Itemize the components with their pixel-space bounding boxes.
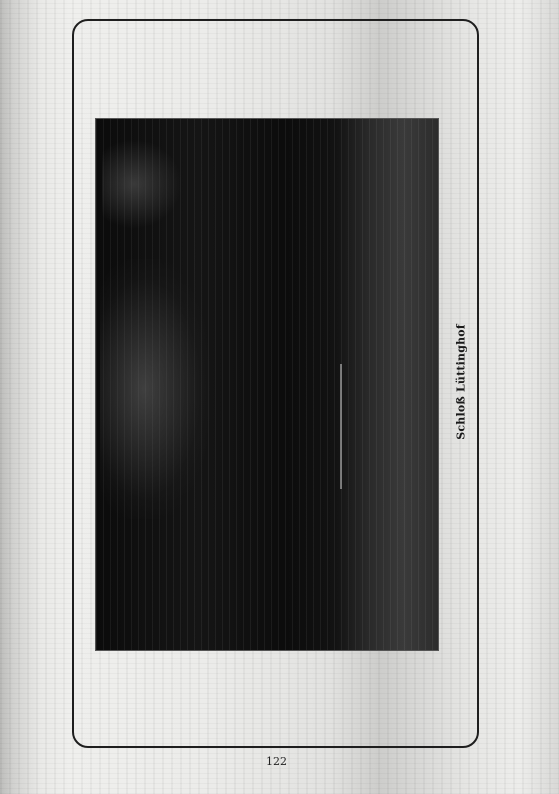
photo-bench: [340, 364, 392, 489]
photo-foliage: [100, 259, 210, 519]
photo-plate: [95, 118, 439, 651]
plate-caption: Schloß Lüttinghof: [455, 324, 468, 440]
photo-foliage-top: [102, 139, 182, 229]
book-page: Schloß Lüttinghof 122: [0, 0, 559, 794]
page-number: 122: [266, 755, 287, 768]
